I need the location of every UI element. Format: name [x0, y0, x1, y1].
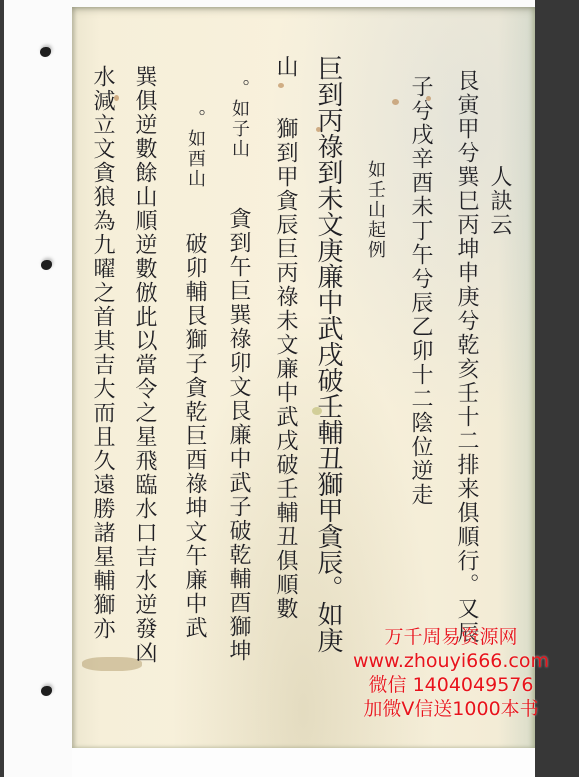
text-column-9: 巽俱逆數餘山順逆數倣此以當令之星飛臨水口吉水逆發凶	[132, 65, 156, 665]
watermark-url: www.zhouyi666.com	[331, 649, 571, 673]
text-column-8-head: 。如酉山	[185, 109, 205, 189]
text-column-4: 如壬山起例	[365, 160, 385, 260]
heading-column: 人訣云	[487, 165, 511, 237]
text-column-2: 艮寅甲兮巽巳丙坤申庚兮乾亥壬十二排来俱順行。又辰	[454, 69, 478, 645]
watermark-promo: 加微V信送1000本书	[331, 697, 571, 721]
watermark-wechat: 微信 1404049576	[331, 673, 571, 697]
binding-hole-top	[40, 47, 51, 57]
scan-left-edge	[0, 0, 4, 777]
text-column-3: 子兮戌辛酉未丁午兮辰乙卯十二陰位逆走	[408, 75, 432, 507]
text-column-7-head: 。如子山	[229, 79, 249, 159]
text-column-7: 貪到午巨巽祿卯文艮廉中武子破乾輔酉獅坤	[226, 207, 250, 663]
binding-hole-middle	[41, 260, 52, 270]
page-bottom-margin	[72, 748, 535, 777]
watermark: 万千周易资源网 www.zhouyi666.com 微信 1404049576 …	[331, 625, 571, 721]
stain	[392, 99, 399, 105]
text-column-5: 巨到丙祿到未文庚廉中武戌破壬輔丑獅甲貪辰。如庚	[315, 55, 341, 653]
text-column-10: 水減立文貪狼為九曜之首其吉大而且久遠勝諸星輔獅亦	[90, 65, 114, 641]
text-column-6-head: 山	[273, 55, 297, 79]
text-column-6: 獅到甲貪辰巨丙祿未文廉中武戌破壬輔丑俱順數	[273, 117, 297, 621]
text-column-8: 破卯輔艮獅子貪乾巨酉祿坤文午廉中武	[182, 232, 206, 640]
stain	[278, 83, 284, 88]
watermark-site-name: 万千周易资源网	[331, 625, 571, 649]
binding-hole-bottom	[41, 686, 52, 696]
